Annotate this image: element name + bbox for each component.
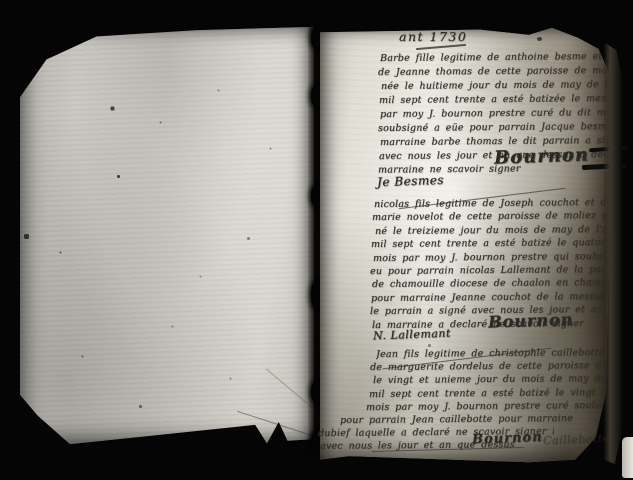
manuscript-line: Barbe fille legitime de anthoine besme e… <box>380 51 602 64</box>
manuscript-line: soubsigné a eüe pour parrain Jacque besm… <box>378 121 614 134</box>
scanned-register-spread: ant 1730 Barbe fille legitime de anthoin… <box>0 0 633 480</box>
manuscript-line: mil sept cent trente a esté batizée le m… <box>379 93 615 106</box>
manuscript-line: mois par moy J. bournon prestre curé sou… <box>366 400 602 413</box>
year-heading: ant 1730 <box>399 29 467 44</box>
witness-signature: N. Lallemant <box>373 327 451 343</box>
priest-signature: Bournon <box>488 310 574 332</box>
manuscript-line: née le huitieme jour du mois de may de l… <box>381 79 617 92</box>
manuscript-line: nicolas fils legitime de Joseph couchot … <box>374 197 610 210</box>
manuscript-line: par moy J. bournon prestre curé du dit m… <box>380 107 616 120</box>
paper-specks <box>20 26 21 27</box>
priest-signature: Bournon <box>472 430 543 447</box>
witness-signature: Caillebotte <box>543 432 610 447</box>
witness-signature: Je Besmes <box>377 173 444 189</box>
manuscript-line: mois par moy J. bournon prestre qui soub… <box>373 251 609 264</box>
priest-signature: Bournon <box>494 144 590 168</box>
ink-blot <box>428 344 431 347</box>
manuscript-line: de Jeanne thomas de cette paroisse de mo… <box>378 65 614 78</box>
manuscript-line: pour marraine Jeanne couchot de la mesme… <box>371 291 607 304</box>
manuscript-line: né le treizieme jour du mois de may de l… <box>375 224 611 237</box>
manuscript-line: mil sept cent trente a esté batizé le vi… <box>369 387 605 400</box>
ink-blot <box>537 37 542 41</box>
manuscript-line: eu pour parrain nicolas Lallemant de la … <box>370 264 606 277</box>
manuscript-line: Jean fils legitime de christophle caille… <box>376 347 612 360</box>
crease-line <box>237 411 319 439</box>
left-page-blank <box>20 26 314 445</box>
manuscript-line: pour parrain Jean caillebotte pour marra… <box>340 413 576 426</box>
page-edge-highlight <box>622 437 633 478</box>
manuscript-line: mil sept cent trente a esté batizé le qu… <box>371 237 607 250</box>
manuscript-line: de marguerite dordelus de cette paroisse… <box>370 360 606 373</box>
book-fore-edge <box>604 42 622 464</box>
